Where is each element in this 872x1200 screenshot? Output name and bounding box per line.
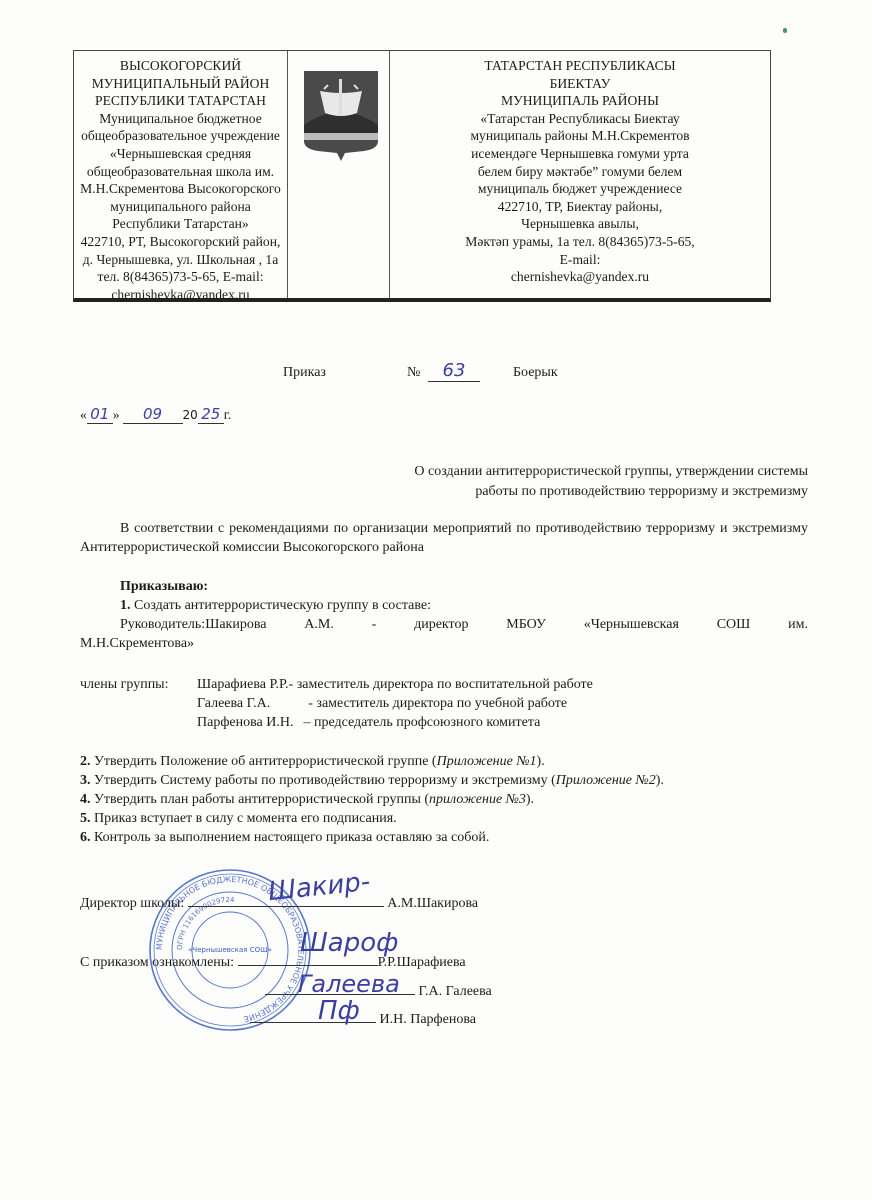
letterhead-right-caps-2: БИЕКТАУ [390, 75, 770, 93]
item-text: Контроль за выполнением настоящего прика… [94, 830, 489, 845]
decree-item-1: 1. Создать антитеррористическую группу в… [120, 598, 431, 614]
letterhead-left-line: 422710, РТ, Высокогорский район, [74, 233, 287, 251]
leader-dash: - [372, 617, 377, 633]
coat-of-arms-icon [302, 69, 380, 163]
item-number: 3. [80, 773, 91, 788]
leader-initials: А.М. [304, 617, 334, 633]
letterhead-left-caps-2: МУНИЦИПАЛЬНЫЙ РАЙОН [74, 75, 287, 93]
letterhead-table: ВЫСОКОГОРСКИЙ МУНИЦИПАЛЬНЫЙ РАЙОН РЕСПУБ… [73, 50, 771, 302]
item-number: 1. [120, 598, 131, 613]
item-text: Приказ вступает в силу с момента его под… [94, 811, 397, 826]
item-number: 5. [80, 811, 91, 826]
order-number: 63 [428, 360, 480, 382]
letterhead-right-tatar: ТАТАРСТАН РЕСПУБЛИКАСЫ БИЕКТАУ МУНИЦИПАЛ… [390, 51, 770, 298]
member-name: Парфенова И.Н. [197, 715, 293, 730]
member-name: Галеева Г.А. [197, 696, 270, 711]
scan-speck [783, 28, 787, 33]
letterhead-right-line: Мәктәп урамы, 1а тел. 8(84365)73-5-65, [390, 233, 770, 251]
decree-item-6: 6. Контроль за выполнением настоящего пр… [80, 830, 489, 846]
acquainted-label: С приказом ознакомлены: [80, 955, 234, 970]
sharafieva-signature: Шароф [300, 928, 398, 958]
decree-item-3: 3. Утвердить Систему работы по противоде… [80, 773, 664, 789]
leader-role-part: директор [414, 617, 468, 633]
item-tail: ). [656, 773, 664, 788]
order-number-sign: № [407, 365, 420, 381]
letterhead-right-caps-3: МУНИЦИПАЛЬ РАЙОНЫ [390, 92, 770, 110]
letterhead-emblem-cell [288, 51, 390, 298]
decree-heading: Приказываю: [120, 579, 208, 595]
letterhead-right-line: белем биру мәктәбе” гомуми белем [390, 163, 770, 181]
leader-role-part: МБОУ [506, 617, 546, 633]
leader-role-part: СОШ [717, 617, 751, 633]
letterhead-left-caps-1: ВЫСОКОГОРСКИЙ [74, 57, 287, 75]
order-date: «01»092025г. [80, 405, 231, 424]
letterhead-left-line: д. Чернышевка, ул. Школьная , 1а [74, 251, 287, 269]
member-role: - заместитель директора по воспитательно… [289, 677, 593, 692]
acquainted-row: С приказом ознакомлены: Р.Р.Шарафиева [80, 955, 466, 971]
item-tail: ). [537, 754, 545, 769]
leader-line: Руководитель:Шакирова А.М. - директор МБ… [120, 617, 808, 633]
order-title: О создании антитеррористической группы, … [288, 462, 808, 502]
signature-line [238, 965, 378, 966]
galeeva-signature: Галеева [298, 970, 400, 998]
letterhead-left-email: chernishevka@yandex.ru [74, 286, 287, 304]
decree-item-4: 4. Утвердить план работы антитеррористич… [80, 792, 534, 808]
decree-item-5: 5. Приказ вступает в силу с момента его … [80, 811, 397, 827]
item-number: 6. [80, 830, 91, 845]
date-quote-close: » [113, 407, 120, 422]
member-role: – председатель профсоюзного комитета [303, 715, 540, 730]
members-label: члены группы: [80, 677, 168, 693]
director-signature-line [188, 906, 384, 907]
member-role: - заместитель директора по учебной работ… [308, 696, 567, 711]
date-year-suffix: 25 [198, 405, 224, 424]
item-tail: ). [526, 792, 534, 807]
letterhead-left-russian: ВЫСОКОГОРСКИЙ МУНИЦИПАЛЬНЫЙ РАЙОН РЕСПУБ… [74, 51, 288, 298]
parfenova-signature: Пф [318, 996, 360, 1026]
director-name: А.М.Шакирова [387, 896, 478, 911]
letterhead-left-line: общеобразовательная школа им. [74, 163, 287, 181]
acquainted-name: И.Н. Парфенова [380, 1012, 476, 1027]
leader-role-part: им. [788, 617, 808, 633]
item-text: Утвердить Систему работы по противодейст… [94, 773, 556, 788]
item-text: Создать антитеррористическую группу в со… [134, 598, 431, 613]
item-appendix: Приложение №1 [437, 754, 537, 769]
acquainted-row: И.Н. Парфенова [250, 1012, 476, 1028]
svg-text:«Чернышевская СОШ»: «Чернышевская СОШ» [188, 946, 272, 954]
director-label: Директор школы: [80, 896, 184, 911]
letterhead-right-line: исемендәге Чернышевка гомуми урта [390, 145, 770, 163]
leader-role-part: «Чернышевская [584, 617, 679, 633]
order-label-ru: Приказ [283, 365, 326, 381]
letterhead-left-line: «Чернышевская средняя [74, 145, 287, 163]
letterhead-left-line: тел. 8(84365)73-5-65, E-mail: [74, 268, 287, 286]
letterhead-left-line: Республики Татарстан» [74, 215, 287, 233]
leader-role-tail: М.Н.Скрементова» [80, 636, 194, 652]
date-year-unit: г. [224, 407, 231, 422]
item-text: Утвердить Положение об антитеррористичес… [94, 754, 437, 769]
item-appendix: Приложение №2 [556, 773, 656, 788]
order-title-line-1: О создании антитеррористической группы, … [288, 462, 808, 482]
letterhead-left-caps-3: РЕСПУБЛИКИ ТАТАРСТАН [74, 92, 287, 110]
decree-item-2: 2. Утвердить Положение об антитеррористи… [80, 754, 545, 770]
item-number: 4. [80, 792, 91, 807]
letterhead-left-line: Муниципальное бюджетное [74, 110, 287, 128]
letterhead-right-line: Чернышевка авылы, [390, 215, 770, 233]
date-year-prefix: 20 [183, 408, 198, 422]
leader-label: Руководитель:Шакирова [120, 617, 266, 633]
member-name: Шарафиева Р.Р. [197, 677, 289, 692]
letterhead-right-line: «Татарстан Республикасы Биектау [390, 110, 770, 128]
letterhead-right-caps-1: ТАТАРСТАН РЕСПУБЛИКАСЫ [390, 57, 770, 75]
letterhead-right-line: 422710, ТР, Биектау районы, [390, 198, 770, 216]
order-title-line-2: работы по противодействию терроризму и э… [288, 482, 808, 502]
date-quote-open: « [80, 407, 87, 422]
letterhead-left-line: общеобразовательное учреждение [74, 127, 287, 145]
item-text: Утвердить план работы антитеррористическ… [94, 792, 429, 807]
letterhead-left-line: М.Н.Скрементова Высокогорского [74, 180, 287, 198]
acquainted-name: Г.А. Галеева [419, 984, 492, 999]
item-number: 2. [80, 754, 91, 769]
letterhead-right-line: муниципаль бюджет учреждениесе [390, 180, 770, 198]
preamble: В соответствии с рекомендациями по орган… [80, 519, 808, 557]
letterhead-right-line: E-mail: [390, 251, 770, 269]
letterhead-right-line: муниципаль районы М.Н.Скрементов [390, 127, 770, 145]
member-row: Галеева Г.А.- заместитель директора по у… [197, 696, 567, 712]
member-row: Парфенова И.Н.– председатель профсоюзног… [197, 715, 540, 731]
item-appendix: приложение №3 [429, 792, 526, 807]
letterhead-right-email: chernishevka@yandex.ru [390, 268, 770, 286]
date-month: 09 [123, 405, 183, 424]
date-day: 01 [87, 405, 113, 424]
letterhead-left-line: муниципального района [74, 198, 287, 216]
order-label-tt: Боерык [513, 365, 558, 381]
member-row: Шарафиева Р.Р.- заместитель директора по… [197, 677, 593, 693]
